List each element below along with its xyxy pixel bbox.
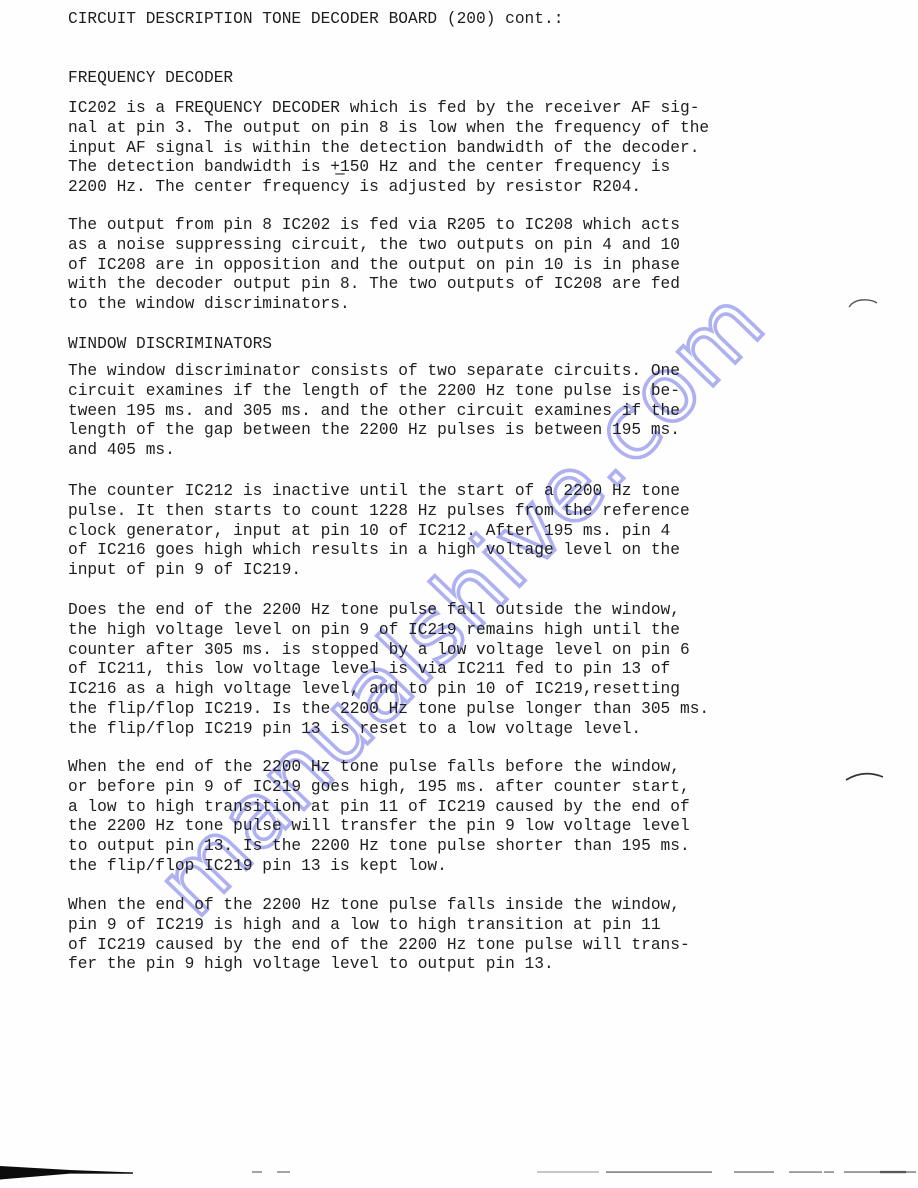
text-line: with the decoder output pin 8. The two o… [68, 275, 680, 295]
text-line: the high voltage level on pin 9 of IC219… [68, 621, 709, 641]
scan-artifact-squiggle-top-right [849, 300, 877, 307]
text-line: pulse. It then starts to count 1228 Hz p… [68, 502, 690, 522]
text-line: circuit examines if the length of the 22… [68, 382, 680, 402]
paragraph-frequency-decoder-2: The output from pin 8 IC202 is fed via R… [68, 216, 680, 315]
text-line: The output from pin 8 IC202 is fed via R… [68, 216, 680, 236]
section-heading-frequency-decoder: FREQUENCY DECODER [68, 69, 233, 89]
paragraph-window-discriminators-2: The counter IC212 is inactive until the … [68, 482, 690, 581]
text-line: the flip/flop IC219. Is the 2200 Hz tone… [68, 700, 709, 720]
text-line: or before pin 9 of IC219 goes high, 195 … [68, 778, 690, 798]
text-line: of IC211, this low voltage level is via … [68, 660, 709, 680]
text-line: as a noise suppressing circuit, the two … [68, 236, 680, 256]
scan-artifact-squiggle-mid-right [846, 774, 883, 780]
text-line: When the end of the 2200 Hz tone pulse f… [68, 758, 690, 778]
scanned-manual-page: manualshive.com CIRCUIT DESCRIPTION TONE… [0, 0, 918, 1188]
text-line: input of pin 9 of IC219. [68, 561, 690, 581]
text-line: a low to high transition at pin 11 of IC… [68, 798, 690, 818]
text-line: length of the gap between the 2200 Hz pu… [68, 421, 680, 441]
paragraph-window-discriminators-3: Does the end of the 2200 Hz tone pulse f… [68, 601, 709, 740]
text-line: the flip/flop IC219 pin 13 is kept low. [68, 857, 690, 877]
section-heading-window-discriminators: WINDOW DISCRIMINATORS [68, 335, 272, 355]
scan-artifact-bottom-left-wedge [0, 1166, 133, 1180]
text-line: counter after 305 ms. is stopped by a lo… [68, 641, 709, 661]
text-line: clock generator, input at pin 10 of IC21… [68, 522, 690, 542]
text-line: nal at pin 3. The output on pin 8 is low… [68, 119, 709, 139]
text-line: When the end of the 2200 Hz tone pulse f… [68, 896, 690, 916]
paragraph-window-discriminators-1: The window discriminator consists of two… [68, 362, 680, 461]
text-line: the flip/flop IC219 pin 13 is reset to a… [68, 720, 709, 740]
text-line: The counter IC212 is inactive until the … [68, 482, 690, 502]
text-line: to output pin 13. Is the 2200 Hz tone pu… [68, 837, 690, 857]
text-line: of IC216 goes high which results in a hi… [68, 541, 690, 561]
text-line: of IC219 caused by the end of the 2200 H… [68, 936, 690, 956]
text-line: fer the pin 9 high voltage level to outp… [68, 955, 690, 975]
text-line: IC202 is a FREQUENCY DECODER which is fe… [68, 99, 709, 119]
text-line: The detection bandwidth is +̲150 Hz and … [68, 158, 709, 178]
text-line: The window discriminator consists of two… [68, 362, 680, 382]
text-line: input AF signal is within the detection … [68, 139, 709, 159]
text-line: Does the end of the 2200 Hz tone pulse f… [68, 601, 709, 621]
text-line: IC216 as a high voltage level, and to pi… [68, 680, 709, 700]
text-line: pin 9 of IC219 is high and a low to high… [68, 916, 690, 936]
text-line: the 2200 Hz tone pulse will transfer the… [68, 817, 690, 837]
text-line: 2200 Hz. The center frequency is adjuste… [68, 178, 709, 198]
text-line: of IC208 are in opposition and the outpu… [68, 256, 680, 276]
scan-artifact-bottom-edge-dashes [252, 1171, 916, 1173]
document-title: CIRCUIT DESCRIPTION TONE DECODER BOARD (… [68, 10, 563, 30]
text-line: to the window discriminators. [68, 295, 680, 315]
text-line: and 405 ms. [68, 441, 680, 461]
text-line: tween 195 ms. and 305 ms. and the other … [68, 402, 680, 422]
paragraph-window-discriminators-5: When the end of the 2200 Hz tone pulse f… [68, 896, 690, 975]
paragraph-window-discriminators-4: When the end of the 2200 Hz tone pulse f… [68, 758, 690, 877]
paragraph-frequency-decoder-1: IC202 is a FREQUENCY DECODER which is fe… [68, 99, 709, 198]
